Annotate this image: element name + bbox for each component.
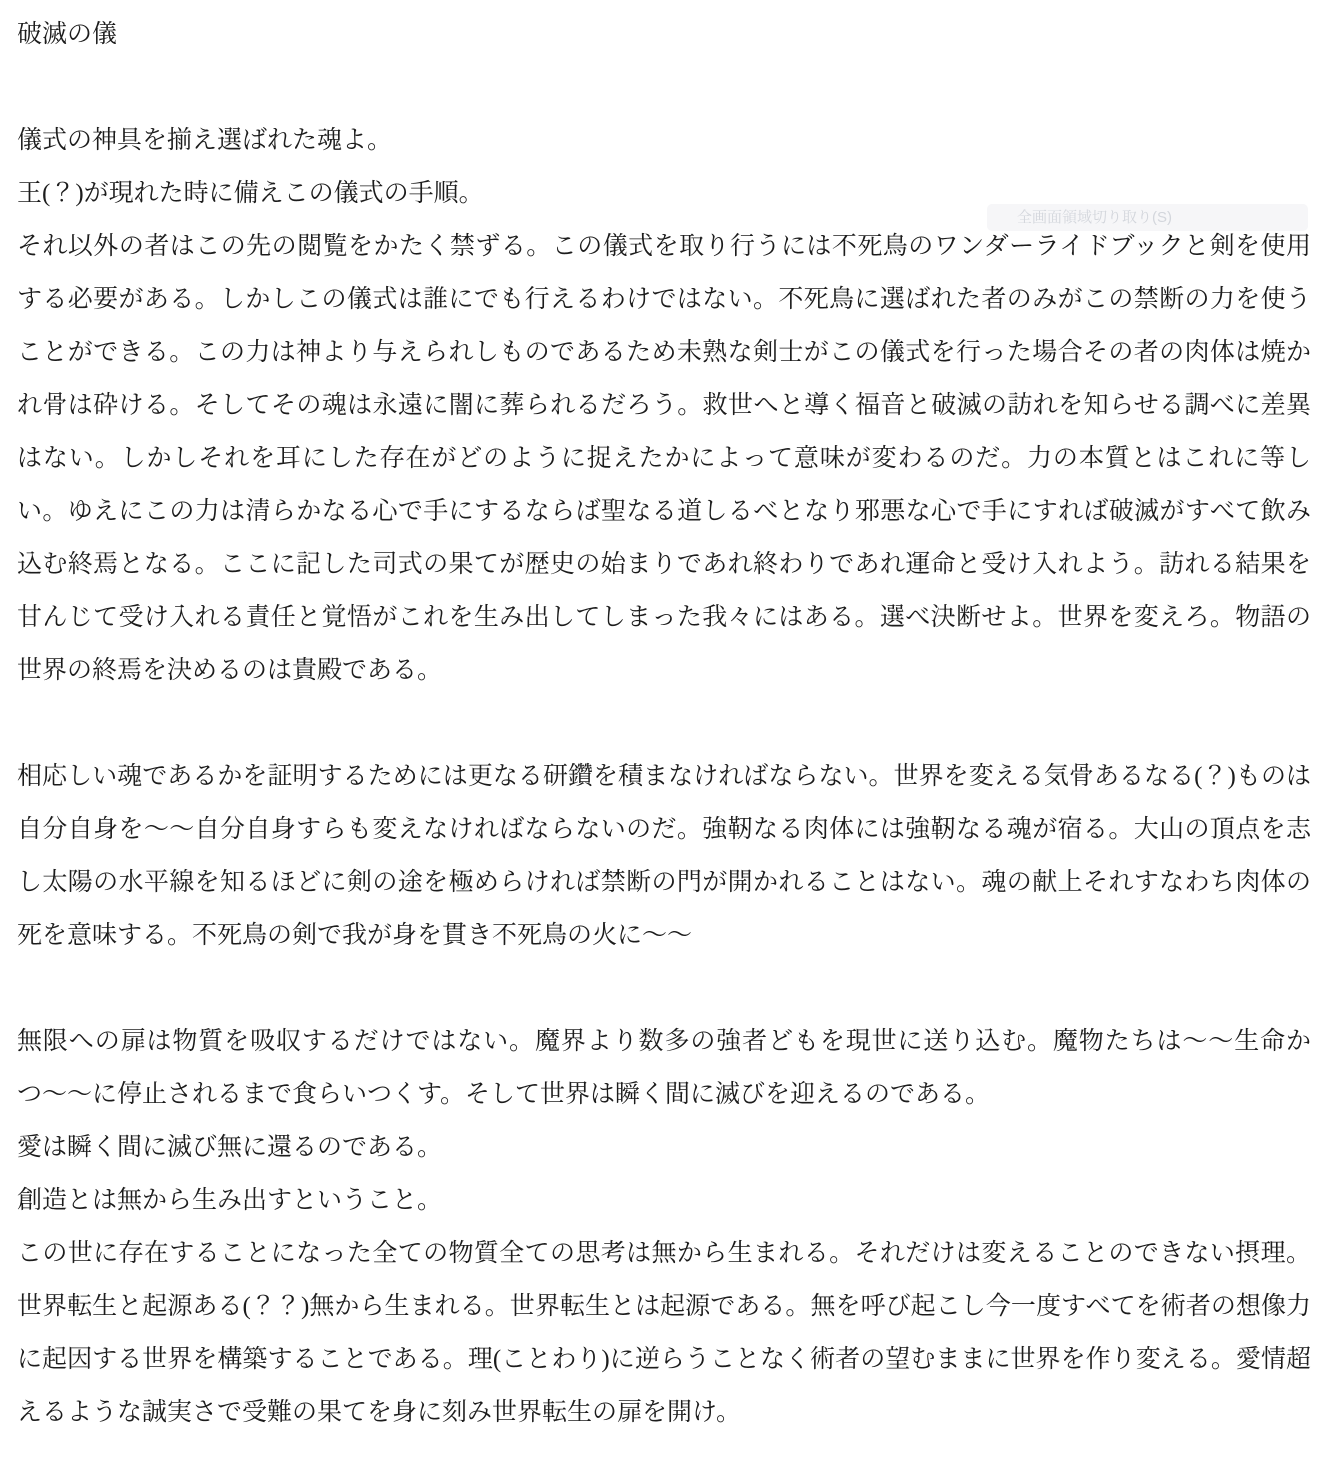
paragraph: 儀式の神具を揃え選ばれた魂よ。 <box>17 114 1311 167</box>
paragraph: 相応しい魂であるかを証明するためには更なる研鑽を積まなければならない。世界を変え… <box>17 750 1311 962</box>
document-body: 破滅の儀 儀式の神具を揃え選ばれた魂よ。王(？)が現れた時に備えこの儀式の手順。… <box>17 8 1311 1439</box>
document-page: 破滅の儀 儀式の神具を揃え選ばれた魂よ。王(？)が現れた時に備えこの儀式の手順。… <box>0 0 1328 1467</box>
paragraph: この世に存在することになった全ての物質全ての思考は無から生まれる。それだけは変え… <box>17 1227 1311 1439</box>
paragraph: それ以外の者はこの先の閲覧をかたく禁ずる。この儀式を取り行うには不死鳥のワンダー… <box>17 220 1311 697</box>
paragraph: 王(？)が現れた時に備えこの儀式の手順。 <box>17 167 1311 220</box>
blank-line <box>17 697 1311 750</box>
document-paragraphs: 儀式の神具を揃え選ばれた魂よ。王(？)が現れた時に備えこの儀式の手順。それ以外の… <box>17 61 1311 1439</box>
blank-line <box>17 962 1311 1015</box>
paragraph: 愛は瞬く間に滅び無に還るのである。 <box>17 1121 1311 1174</box>
blank-line <box>17 61 1311 114</box>
page-title: 破滅の儀 <box>17 8 1311 61</box>
paragraph: 創造とは無から生み出すということ。 <box>17 1174 1311 1227</box>
paragraph: 無限への扉は物質を吸収するだけではない。魔界より数多の強者どもを現世に送り込む。… <box>17 1015 1311 1121</box>
